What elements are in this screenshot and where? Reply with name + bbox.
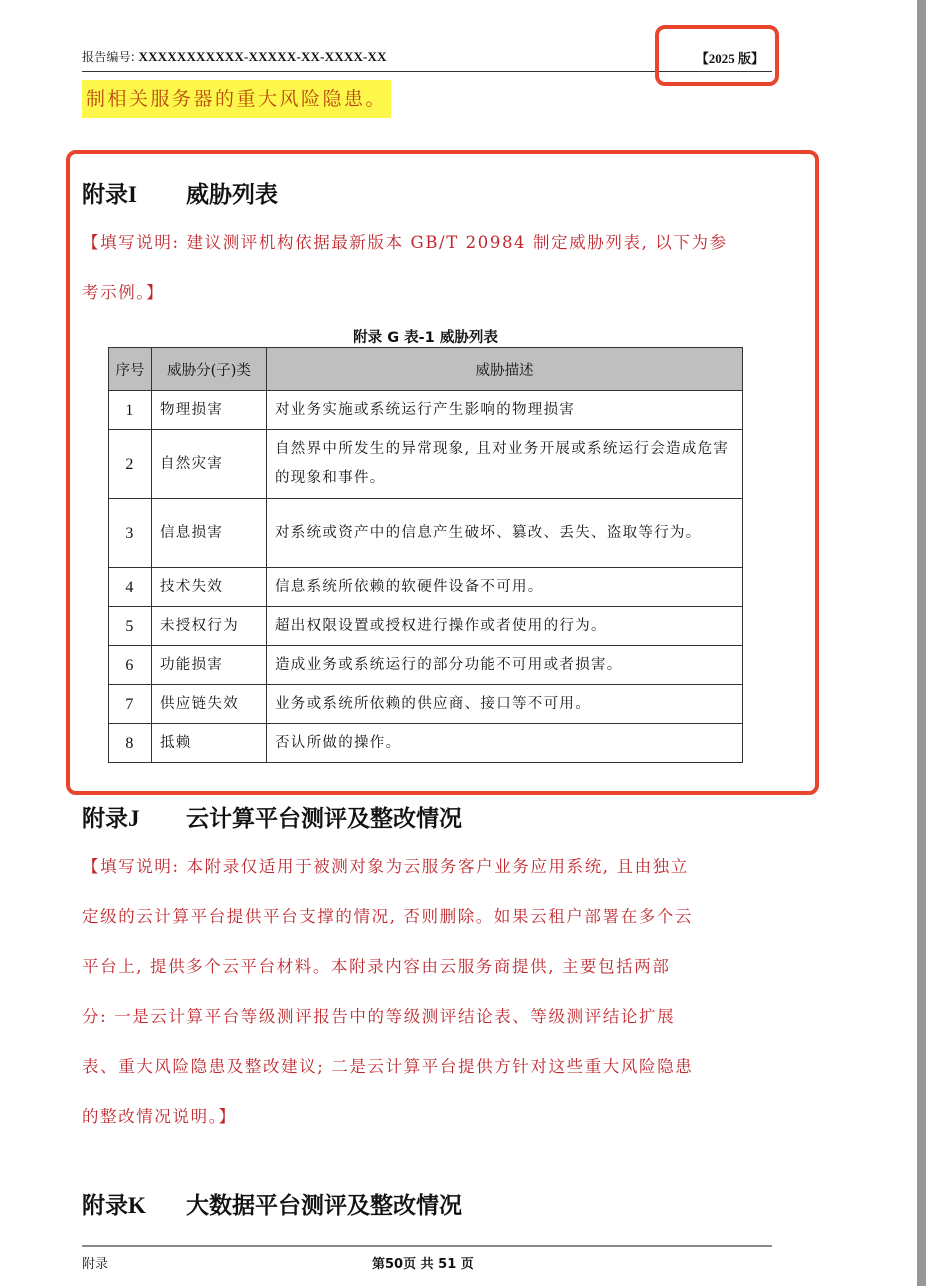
note-line: 【填写说明: 本附录仅适用于被测对象为云服务客户业务应用系统, 且由独立 — [82, 852, 772, 902]
highlighted-text: 制相关服务器的重大风险隐患。 — [82, 80, 391, 118]
footer-divider — [82, 1245, 772, 1247]
note-line: 的整改情况说明。】 — [82, 1102, 772, 1152]
report-number: 报告编号: XXXXXXXXXXX-XXXXX-XX-XXXX-XX — [82, 48, 387, 65]
note-line: 定级的云计算平台提供平台支撑的情况, 否则删除。如果云租户部署在多个云 — [82, 902, 772, 952]
appendix-k-title: 大数据平台测评及整改情况 — [186, 1193, 462, 1219]
report-number-label: 报告编号: — [82, 50, 135, 64]
version-annotation-box — [655, 25, 779, 86]
footer-section-label: 附录 — [82, 1253, 108, 1272]
note-line: 表、重大风险隐患及整改建议; 二是云计算平台提供方针对这些重大风险隐患 — [82, 1052, 772, 1102]
appendix-j-instructions: 【填写说明: 本附录仅适用于被测对象为云服务客户业务应用系统, 且由独立 定级的… — [82, 852, 772, 1152]
appendix-j-title: 云计算平台测评及整改情况 — [186, 806, 462, 832]
document-page: 报告编号: XXXXXXXXXXX-XXXXX-XX-XXXX-XX 【2025… — [0, 0, 916, 1286]
appendix-k-heading: 附录K大数据平台测评及整改情况 — [82, 1187, 462, 1220]
note-line: 平台上, 提供多个云平台材料。本附录内容由云服务商提供, 主要包括两部 — [82, 952, 772, 1002]
appendix-k-number: 附录K — [82, 1187, 186, 1220]
highlighted-text-content: 制相关服务器的重大风险隐患。 — [86, 80, 387, 118]
note-line: 分: 一是云计算平台等级测评报告中的等级测评结论表、等级测评结论扩展 — [82, 1002, 772, 1052]
appendix-j-number: 附录J — [82, 800, 186, 833]
page-number: 第50页 共 51 页 — [372, 1253, 474, 1272]
appendix-j-heading: 附录J云计算平台测评及整改情况 — [82, 800, 462, 833]
report-number-value: XXXXXXXXXXX-XXXXX-XX-XXXX-XX — [139, 49, 387, 64]
vertical-scrollbar[interactable] — [917, 0, 926, 1286]
threat-list-annotation-box — [66, 150, 819, 795]
